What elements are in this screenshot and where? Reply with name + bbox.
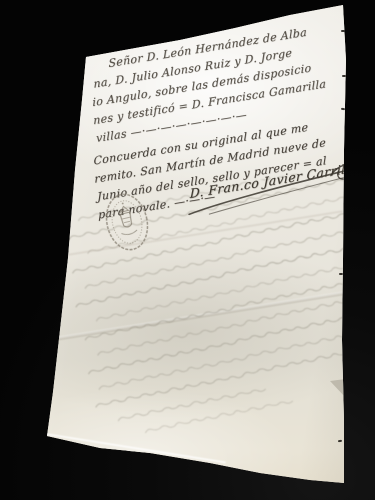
document-paper: 45463-5 Señor D. León Hernández de Alba … (0, 0, 375, 500)
photo-backdrop: 45463-5 Señor D. León Hernández de Alba … (0, 0, 375, 500)
binding-stitch (338, 440, 342, 443)
archive-number-pencil: 45463-5 (186, 18, 224, 33)
